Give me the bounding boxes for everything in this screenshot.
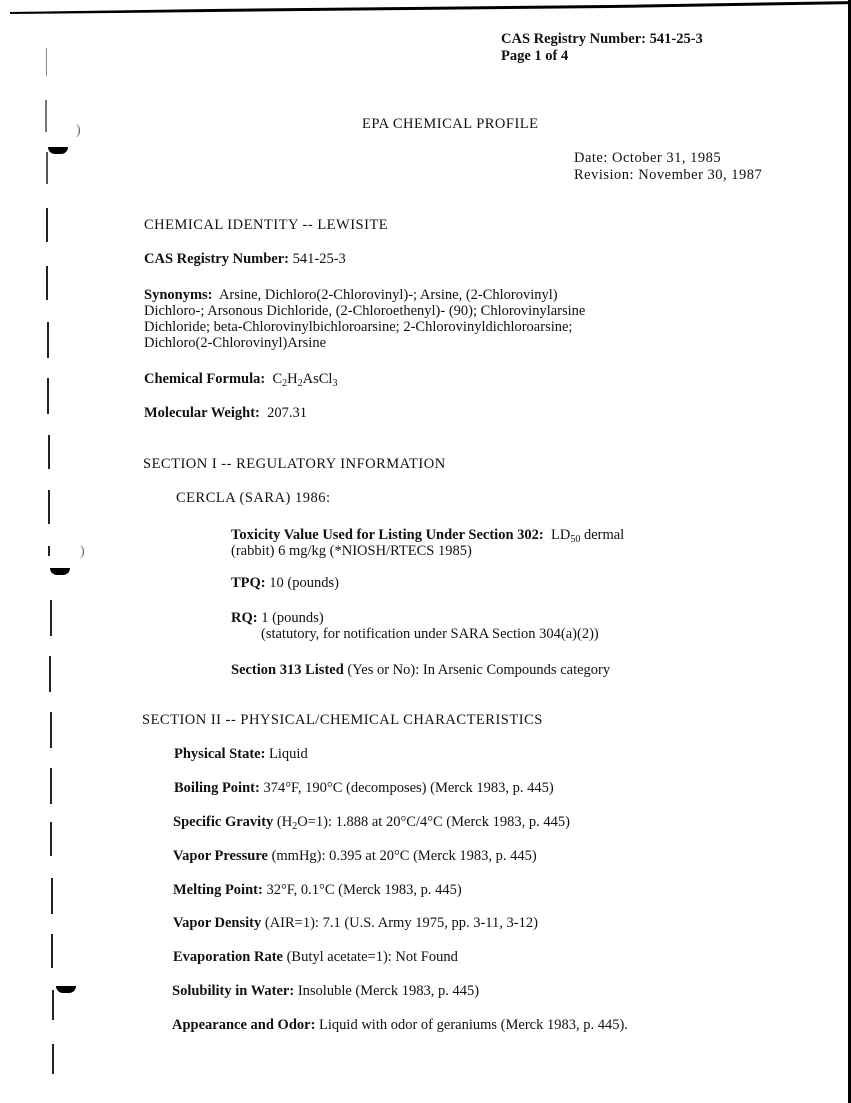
synonyms-line: Dichloro-; Arsonous Dichloride, (2-Chlor… xyxy=(144,303,585,319)
document-date: Date: October 31, 1985 xyxy=(574,150,721,167)
molecular-weight: Molecular Weight: 207.31 xyxy=(144,405,307,422)
section1-heading: SECTION I -- REGULATORY INFORMATION xyxy=(143,456,446,473)
page-number: Page 1 of 4 xyxy=(501,48,568,65)
property-row: Melting Point: 32°F, 0.1°C (Merck 1983, … xyxy=(173,882,462,899)
synonyms-line: Dichloro(2-Chlorovinyl)Arsine xyxy=(144,335,585,351)
mw-label: Molecular Weight: xyxy=(144,405,260,421)
synonyms-line: Arsine, Dichloro(2-Chlorovinyl)-; Arsine… xyxy=(219,287,558,303)
identity-cas: CAS Registry Number: 541-25-3 xyxy=(144,251,346,268)
document-title: EPA CHEMICAL PROFILE xyxy=(362,116,539,133)
header-cas: CAS Registry Number: 541-25-3 xyxy=(501,31,703,48)
toxicity-line2: (rabbit) 6 mg/kg (*NIOSH/RTECS 1985) xyxy=(231,543,624,559)
property-row: Boiling Point: 374°F, 190°C (decomposes)… xyxy=(174,780,554,797)
property-row: Appearance and Odor: Liquid with odor of… xyxy=(172,1017,628,1034)
s313-value: (Yes or No): In Arsenic Compounds catego… xyxy=(347,662,610,678)
rq-value: 1 (pounds) xyxy=(261,610,323,626)
s313-label: Section 313 Listed xyxy=(231,662,344,678)
mw-value: 207.31 xyxy=(267,405,307,421)
header-cas-label: CAS Registry Number: xyxy=(501,31,646,47)
scan-top-border xyxy=(10,0,851,14)
synonyms: Synonyms: Arsine, Dichloro(2-Chlorovinyl… xyxy=(144,287,585,351)
toxicity-label: Toxicity Value Used for Listing Under Se… xyxy=(231,527,544,543)
synonyms-line: Dichloride; beta-Chlorovinylbichloroarsi… xyxy=(144,319,585,335)
synonyms-label: Synonyms: xyxy=(144,287,213,303)
property-row: Solubility in Water: Insoluble (Merck 19… xyxy=(172,983,479,1000)
property-row: Specific Gravity (H2O=1): 1.888 at 20°C/… xyxy=(173,814,570,831)
rq-note: (statutory, for notification under SARA … xyxy=(231,626,599,642)
header-cas-value: 541-25-3 xyxy=(650,31,703,47)
rq-label: RQ: xyxy=(231,610,258,626)
property-row: Vapor Pressure (mmHg): 0.395 at 20°C (Me… xyxy=(173,848,537,865)
section-313: Section 313 Listed (Yes or No): In Arsen… xyxy=(231,662,610,679)
identity-cas-value: 541-25-3 xyxy=(293,251,346,267)
tpq-value: 10 (pounds) xyxy=(269,575,339,591)
binder-hole-marks: ) ) xyxy=(0,0,110,1103)
property-row: Evaporation Rate (Butyl acetate=1): Not … xyxy=(173,949,458,966)
identity-heading: CHEMICAL IDENTITY -- LEWISITE xyxy=(144,217,388,234)
property-row: Physical State: Liquid xyxy=(174,746,308,763)
cercla-heading: CERCLA (SARA) 1986: xyxy=(176,490,331,507)
formula-label: Chemical Formula: xyxy=(144,371,265,387)
formula-value: C2H2AsCl3 xyxy=(272,371,337,387)
toxicity-value: Toxicity Value Used for Listing Under Se… xyxy=(231,527,624,559)
chemical-formula: Chemical Formula: C2H2AsCl3 xyxy=(144,371,337,388)
tpq-label: TPQ: xyxy=(231,575,266,591)
tpq: TPQ: 10 (pounds) xyxy=(231,575,339,592)
document-revision: Revision: November 30, 1987 xyxy=(574,167,762,184)
rq: RQ: 1 (pounds) (statutory, for notificat… xyxy=(231,610,599,642)
property-row: Vapor Density (AIR=1): 7.1 (U.S. Army 19… xyxy=(173,915,538,932)
identity-cas-label: CAS Registry Number: xyxy=(144,251,289,267)
section2-heading: SECTION II -- PHYSICAL/CHEMICAL CHARACTE… xyxy=(142,712,543,729)
